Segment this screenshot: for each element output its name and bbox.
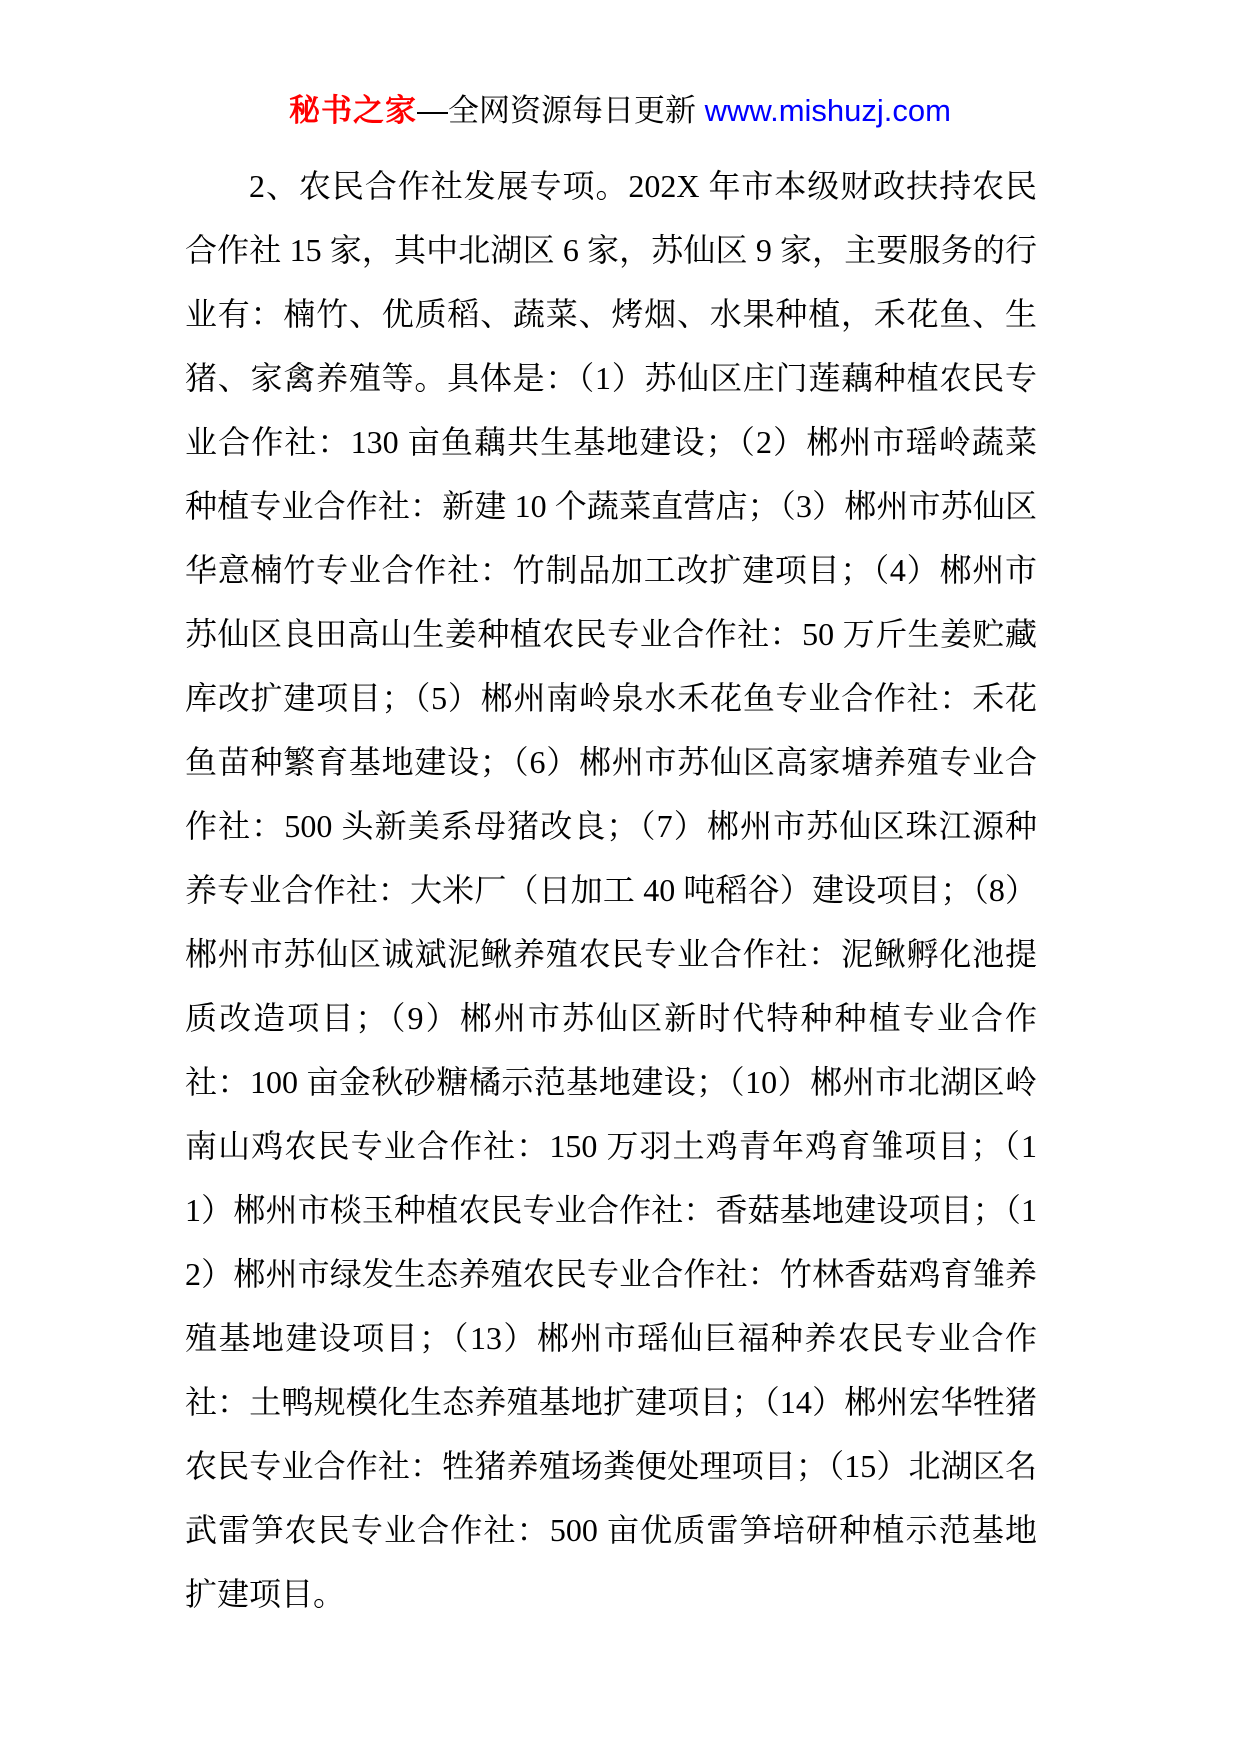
document-page: 秘书之家—全网资源每日更新 www.mishuzj.com 2、农民合作社发展专… bbox=[0, 0, 1240, 1754]
body-paragraph: 2、农民合作社发展专项。202X 年市本级财政扶持农民合作社 15 家，其中北湖… bbox=[185, 154, 1037, 1626]
site-brand: 秘书之家 bbox=[289, 93, 417, 128]
page-header: 秘书之家—全网资源每日更新 www.mishuzj.com bbox=[0, 90, 1240, 132]
header-tagline: —全网资源每日更新 bbox=[417, 93, 705, 128]
site-url-link[interactable]: www.mishuzj.com bbox=[705, 93, 951, 128]
document-body: 2、农民合作社发展专项。202X 年市本级财政扶持农民合作社 15 家，其中北湖… bbox=[185, 154, 1037, 1626]
